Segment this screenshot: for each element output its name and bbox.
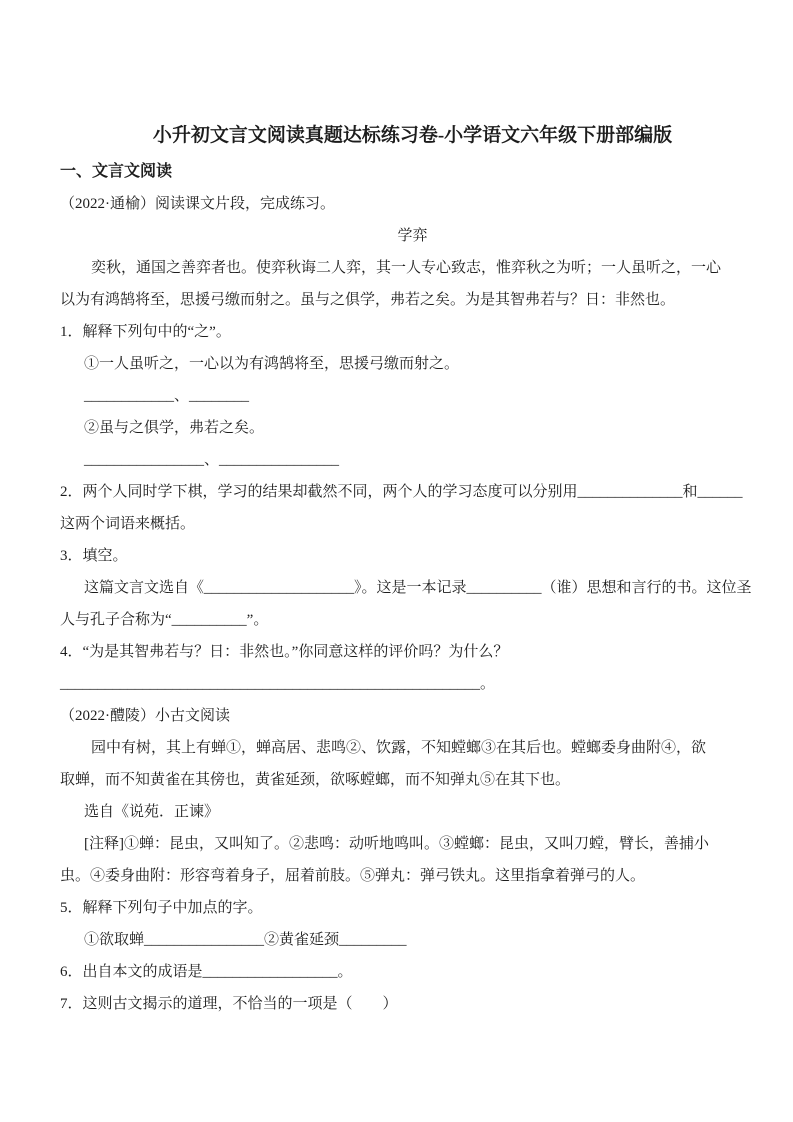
question-3-fill-line1: 这篇文言文选自《____________________》。这是一本记录____… bbox=[60, 572, 765, 604]
passage2-body-line1: 园中有树，其上有蝉①，蝉高居、悲鸣②、饮露，不知螳螂③在其后也。螳螂委身曲附④，… bbox=[60, 732, 765, 764]
question-1-answer-blank-1: ____________、________ bbox=[60, 380, 765, 412]
passage2-note-line1: [注释]①蝉：昆虫，又叫知了。②悲鸣：动听地鸣叫。③螳螂：昆虫，又叫刀螳，臂长，… bbox=[60, 828, 765, 860]
passage2-citation: 选自《说苑．正谏》 bbox=[60, 796, 765, 828]
question-5-answer-items: ①欲取蝉________________②黄雀延颈_________ bbox=[60, 924, 765, 956]
question-7-stem: 7．这则古文揭示的道理，不恰当的一项是（ ） bbox=[60, 988, 765, 1020]
page-title: 小升初文言文阅读真题达标练习卷-小学语文六年级下册部编版 bbox=[60, 116, 765, 156]
passage2-body-line2: 取蝉，而不知黄雀在其傍也，黄雀延颈，欲啄螳螂，而不知弹丸⑤在其下也。 bbox=[60, 764, 765, 796]
question-5-stem: 5．解释下列句子中加点的字。 bbox=[60, 892, 765, 924]
passage2-source-label: （2022·醴陵）小古文阅读 bbox=[60, 700, 765, 732]
question-3-stem: 3．填空。 bbox=[60, 540, 765, 572]
question-2-line2: 这两个词语来概括。 bbox=[60, 508, 765, 540]
passage1-body-line1: 奕秋，通国之善弈者也。使弈秋诲二人弈，其一人专心致志，惟弈秋之为听；一人虽听之，… bbox=[60, 252, 765, 284]
question-1-item-1: ①一人虽听之，一心以为有鸿鹄将至，思援弓缴而射之。 bbox=[60, 348, 765, 380]
section-heading: 一、文言文阅读 bbox=[60, 156, 765, 188]
question-1-stem: 1．解释下列句中的“之”。 bbox=[60, 316, 765, 348]
passage1-title: 学弈 bbox=[60, 220, 765, 252]
question-1-answer-blank-2: ________________、________________ bbox=[60, 444, 765, 476]
passage1-source-label: （2022·通榆）阅读课文片段，完成练习。 bbox=[60, 188, 765, 220]
question-4-answer-blank: ________________________________________… bbox=[60, 668, 765, 700]
question-1-item-2: ②虽与之俱学，弗若之矣。 bbox=[60, 412, 765, 444]
worksheet-page: 小升初文言文阅读真题达标练习卷-小学语文六年级下册部编版 一、文言文阅读 （20… bbox=[0, 0, 793, 1122]
passage1-body-line2: 以为有鸿鹄将至，思援弓缴而射之。虽与之俱学，弗若之矣。为是其智弗若与？日：非然也… bbox=[60, 284, 765, 316]
question-2-line1: 2．两个人同时学下棋，学习的结果却截然不同，两个人的学习态度可以分别用_____… bbox=[60, 476, 765, 508]
question-3-fill-line2: 人与孔子合称为“__________”。 bbox=[60, 604, 765, 636]
question-4-stem: 4．“为是其智弗若与？日：非然也。”你同意这样的评价吗？为什么？ bbox=[60, 636, 765, 668]
passage2-note-line2: 虫。④委身曲附：形容弯着身子，屈着前肢。⑤弹丸：弹弓铁丸。这里指拿着弹弓的人。 bbox=[60, 860, 765, 892]
question-6-stem: 6．出自本文的成语是__________________。 bbox=[60, 956, 765, 988]
